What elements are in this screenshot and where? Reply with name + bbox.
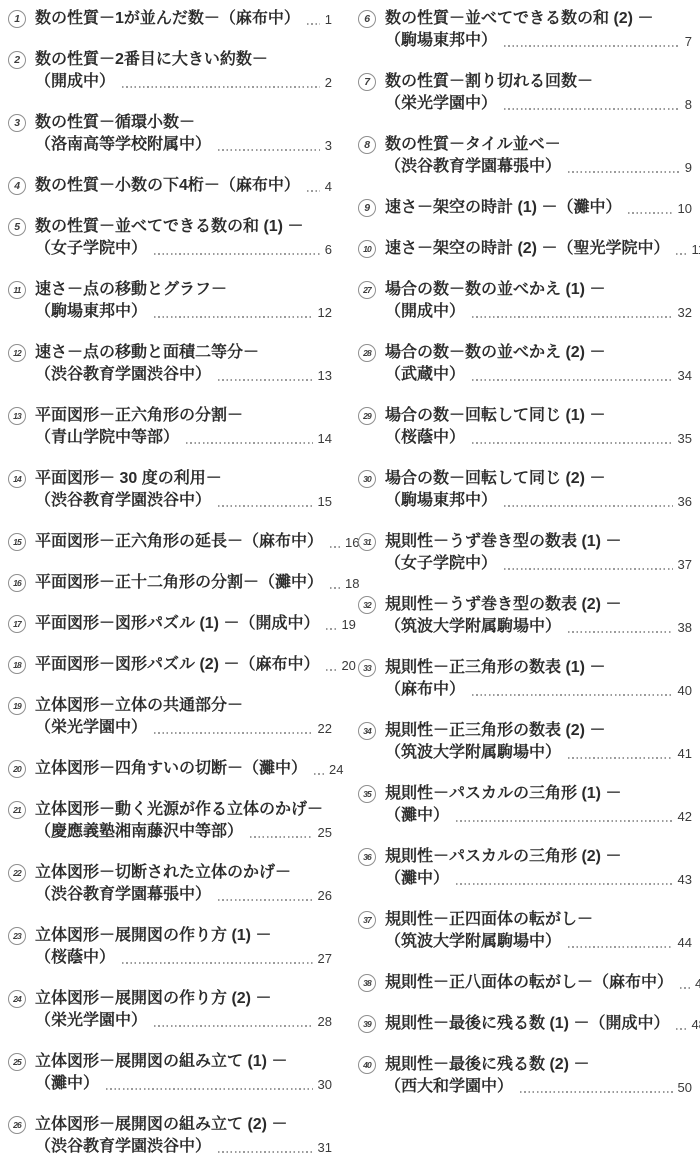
- entry-title: 速さ－架空の時計 (2) －（聖光学院中）: [385, 238, 669, 260]
- entry-school-line: （灘中）43: [385, 868, 692, 890]
- dotted-leader: [504, 45, 680, 47]
- toc-entry: 3 数の性質－循環小数－（洛南高等学校附属中）3: [8, 112, 332, 156]
- entry-number-badge: 4: [8, 177, 26, 195]
- entry-title-line: 数の性質－循環小数－: [35, 112, 332, 134]
- entry-title-line: 規則性－パスカルの三角形 (1) －: [385, 783, 692, 805]
- entry-title: 規則性－うず巻き型の数表 (1) －: [385, 531, 621, 553]
- dotted-leader: [218, 149, 320, 151]
- toc-page: 1 数の性質－1が並んだ数－（麻布中）1 2 数の性質－2番目に大きい約数－（開…: [0, 0, 700, 1176]
- dotted-leader: [106, 1088, 313, 1090]
- entry-number-badge: 32: [358, 596, 376, 614]
- entry-number-badge: 22: [8, 864, 26, 882]
- entry-school: （洛南高等学校附属中）: [35, 134, 211, 156]
- entry-title-line: 規則性－正三角形の数表 (2) －: [385, 720, 692, 742]
- entry-title: 規則性－パスカルの三角形 (2) －: [385, 846, 621, 868]
- dotted-leader: [504, 568, 673, 570]
- entry-school-line: （青山学院中等部）14: [35, 427, 332, 449]
- toc-entry: 11 速さ－点の移動とグラフ－（駒場東邦中）12: [8, 279, 332, 323]
- entry-title: 数の性質－並べてできる数の和 (2) －: [385, 8, 653, 30]
- entry-school-line: （筑波大学附属駒場中）38: [385, 616, 692, 638]
- entry-number-badge: 37: [358, 911, 376, 929]
- entry-school-line: （渋谷教育学園幕張中）26: [35, 884, 332, 906]
- entry-title-line: 速さ－点の移動とグラフ－: [35, 279, 332, 301]
- dotted-leader: [504, 505, 673, 507]
- entry-number-badge: 7: [358, 73, 376, 91]
- entry-school: （渋谷教育学園渋谷中）: [35, 1136, 211, 1158]
- entry-page-number: 22: [318, 718, 332, 739]
- toc-entry: 12 速さ－点の移動と面積二等分－（渋谷教育学園渋谷中）13: [8, 342, 332, 386]
- entry-number-badge: 30: [358, 470, 376, 488]
- toc-entry: 6 数の性質－並べてできる数の和 (2) －（駒場東邦中）7: [358, 8, 692, 52]
- entry-title-line: 速さ－点の移動と面積二等分－: [35, 342, 332, 364]
- entry-number-badge: 39: [358, 1015, 376, 1033]
- entry-page-number: 46: [695, 973, 700, 994]
- entry-number-badge: 2: [8, 51, 26, 69]
- entry-title: 数の性質－小数の下4桁－（麻布中）: [35, 175, 300, 197]
- dotted-leader: [472, 442, 673, 444]
- entry-title: 場合の数－回転して同じ (1) －: [385, 405, 605, 427]
- toc-entry: 34 規則性－正三角形の数表 (2) －（筑波大学附属駒場中）41: [358, 720, 692, 764]
- entry-title: 平面図形－正六角形の分割－: [35, 405, 243, 427]
- toc-entry: 19 立体図形－立体の共通部分－（栄光学園中）22: [8, 695, 332, 739]
- entry-title-line: 場合の数－数の並べかえ (1) －: [385, 279, 692, 301]
- entry-page-number: 44: [678, 932, 692, 953]
- toc-entry: 24 立体図形－展開図の作り方 (2) －（栄光学園中）28: [8, 988, 332, 1032]
- toc-entry: 37 規則性－正四面体の転がし－（筑波大学附属駒場中）44: [358, 909, 692, 953]
- dotted-leader: [456, 883, 673, 885]
- toc-entry: 20 立体図形－四角すいの切断－（灘中）24: [8, 758, 332, 780]
- toc-entry: 18 平面図形－図形パズル (2) －（麻布中）20: [8, 654, 332, 676]
- entry-number-badge: 31: [358, 533, 376, 551]
- entry-school-line: （筑波大学附属駒場中）41: [385, 742, 692, 764]
- entry-school-line: （渋谷教育学園幕張中）9: [385, 156, 692, 178]
- entry-page-number: 20: [341, 655, 355, 676]
- entry-title-line: 数の性質－並べてできる数の和 (1) －: [35, 216, 332, 238]
- entry-title: 立体図形－展開図の作り方 (2) －: [35, 988, 271, 1010]
- entry-page-number: 25: [318, 822, 332, 843]
- entry-title: 規則性－うず巻き型の数表 (2) －: [385, 594, 621, 616]
- entry-title: 立体図形－四角すいの切断－（灘中）: [35, 758, 307, 780]
- dotted-leader: [314, 773, 324, 775]
- toc-entry: 27 場合の数－数の並べかえ (1) －（開成中）32: [358, 279, 692, 323]
- dotted-leader: [568, 946, 673, 948]
- entry-school: （女子学院中）: [35, 238, 147, 260]
- entry-school: （渋谷教育学園幕張中）: [385, 156, 561, 178]
- entry-title: 規則性－正三角形の数表 (2) －: [385, 720, 605, 742]
- dotted-leader: [330, 587, 340, 589]
- entry-school-line: （駒場東邦中）12: [35, 301, 332, 323]
- entry-title: 平面図形－図形パズル (1) －（開成中）: [35, 613, 319, 635]
- entry-number-badge: 23: [8, 927, 26, 945]
- entry-number-badge: 38: [358, 974, 376, 992]
- dotted-leader: [676, 253, 686, 255]
- dotted-leader: [472, 694, 673, 696]
- entry-title: 数の性質－並べてできる数の和 (1) －: [35, 216, 303, 238]
- entry-school: （灘中）: [385, 805, 449, 827]
- entry-title-line: 立体図形－立体の共通部分－: [35, 695, 332, 717]
- entry-school: （筑波大学附属駒場中）: [385, 931, 561, 953]
- entry-school-line: （麻布中）40: [385, 679, 692, 701]
- entry-school: （筑波大学附属駒場中）: [385, 616, 561, 638]
- entry-page-number: 24: [329, 759, 343, 780]
- entry-number-badge: 24: [8, 990, 26, 1008]
- entry-title: 数の性質－タイル並べ－: [385, 134, 561, 156]
- entry-school: （開成中）: [385, 301, 465, 323]
- entry-number-badge: 14: [8, 470, 26, 488]
- toc-entry: 29 場合の数－回転して同じ (1) －（桜蔭中）35: [358, 405, 692, 449]
- entry-title-line: 平面図形－正六角形の延長－（麻布中）16: [35, 531, 332, 553]
- entry-page-number: 28: [318, 1011, 332, 1032]
- entry-school-line: （洛南高等学校附属中）3: [35, 134, 332, 156]
- entry-school: （駒場東邦中）: [35, 301, 147, 323]
- dotted-leader: [250, 836, 313, 838]
- entry-number-badge: 16: [8, 574, 26, 592]
- entry-school: （麻布中）: [385, 679, 465, 701]
- entry-title-line: 平面図形－ 30 度の利用－: [35, 468, 332, 490]
- entry-page-number: 2: [325, 72, 332, 93]
- entry-page-number: 43: [678, 869, 692, 890]
- entry-title-line: 平面図形－図形パズル (2) －（麻布中）20: [35, 654, 332, 676]
- entry-number-badge: 25: [8, 1053, 26, 1071]
- entry-school: （武蔵中）: [385, 364, 465, 386]
- entry-school: （慶應義塾湘南藤沢中等部）: [35, 821, 243, 843]
- entry-page-number: 11: [691, 239, 700, 260]
- entry-title-line: 規則性－最後に残る数 (1) －（開成中）48: [385, 1013, 692, 1035]
- dotted-leader: [186, 442, 313, 444]
- dotted-leader: [307, 23, 320, 25]
- entry-title: 平面図形－正十二角形の分割－（灘中）: [35, 572, 323, 594]
- entry-page-number: 48: [691, 1014, 700, 1035]
- dotted-leader: [154, 316, 313, 318]
- entry-school: （桜蔭中）: [385, 427, 465, 449]
- dotted-leader: [154, 253, 320, 255]
- entry-school: （栄光学園中）: [385, 93, 497, 115]
- entry-title-line: 数の性質－割り切れる回数－: [385, 71, 692, 93]
- entry-page-number: 18: [345, 573, 359, 594]
- toc-entry: 17 平面図形－図形パズル (1) －（開成中）19: [8, 613, 332, 635]
- toc-entry: 35 規則性－パスカルの三角形 (1) －（灘中）42: [358, 783, 692, 827]
- toc-entry: 8 数の性質－タイル並べ－（渋谷教育学園幕張中）9: [358, 134, 692, 178]
- entry-page-number: 9: [685, 157, 692, 178]
- entry-title: 速さ－点の移動と面積二等分－: [35, 342, 259, 364]
- entry-title-line: 場合の数－数の並べかえ (2) －: [385, 342, 692, 364]
- toc-column-right: 6 数の性質－並べてできる数の和 (2) －（駒場東邦中）7 7 数の性質－割り…: [358, 8, 692, 1176]
- entry-number-badge: 6: [358, 10, 376, 28]
- entry-page-number: 26: [318, 885, 332, 906]
- entry-title: 場合の数－回転して同じ (2) －: [385, 468, 605, 490]
- entry-title: 立体図形－展開図の組み立て (2) －: [35, 1114, 287, 1136]
- entry-title: 規則性－正三角形の数表 (1) －: [385, 657, 605, 679]
- entry-title-line: 立体図形－展開図の作り方 (1) －: [35, 925, 332, 947]
- entry-title: 場合の数－数の並べかえ (1) －: [385, 279, 605, 301]
- entry-number-badge: 28: [358, 344, 376, 362]
- dotted-leader: [628, 212, 672, 214]
- entry-school-line: （渋谷教育学園渋谷中）13: [35, 364, 332, 386]
- entry-title-line: 速さ－架空の時計 (2) －（聖光学院中）11: [385, 238, 692, 260]
- entry-title: 規則性－最後に残る数 (2) －: [385, 1054, 589, 1076]
- toc-entry: 31 規則性－うず巻き型の数表 (1) －（女子学院中）37: [358, 531, 692, 575]
- toc-entry: 7 数の性質－割り切れる回数－（栄光学園中）8: [358, 71, 692, 115]
- toc-entry: 23 立体図形－展開図の作り方 (1) －（桜蔭中）27: [8, 925, 332, 969]
- entry-title-line: 規則性－最後に残る数 (2) －: [385, 1054, 692, 1076]
- entry-number-badge: 20: [8, 760, 26, 778]
- dotted-leader: [326, 628, 336, 630]
- entry-title: 数の性質－割り切れる回数－: [385, 71, 593, 93]
- entry-page-number: 7: [685, 31, 692, 52]
- toc-entry: 30 場合の数－回転して同じ (2) －（駒場東邦中）36: [358, 468, 692, 512]
- toc-entry: 15 平面図形－正六角形の延長－（麻布中）16: [8, 531, 332, 553]
- toc-entry: 1 数の性質－1が並んだ数－（麻布中）1: [8, 8, 332, 30]
- entry-title-line: 平面図形－図形パズル (1) －（開成中）19: [35, 613, 332, 635]
- entry-school: （筑波大学附属駒場中）: [385, 742, 561, 764]
- entry-title-line: 立体図形－四角すいの切断－（灘中）24: [35, 758, 332, 780]
- entry-title: 規則性－パスカルの三角形 (1) －: [385, 783, 621, 805]
- entry-title-line: 平面図形－正十二角形の分割－（灘中）18: [35, 572, 332, 594]
- entry-number-badge: 13: [8, 407, 26, 425]
- dotted-leader: [154, 1025, 313, 1027]
- entry-number-badge: 29: [358, 407, 376, 425]
- toc-entry: 5 数の性質－並べてできる数の和 (1) －（女子学院中）6: [8, 216, 332, 260]
- entry-number-badge: 12: [8, 344, 26, 362]
- dotted-leader: [218, 379, 313, 381]
- entry-number-badge: 8: [358, 136, 376, 154]
- entry-school: （渋谷教育学園渋谷中）: [35, 364, 211, 386]
- dotted-leader: [456, 820, 673, 822]
- toc-entry: 36 規則性－パスカルの三角形 (2) －（灘中）43: [358, 846, 692, 890]
- entry-page-number: 6: [325, 239, 332, 260]
- entry-school: （渋谷教育学園幕張中）: [35, 884, 211, 906]
- entry-title-line: 立体図形－動く光源が作る立体のかげ－: [35, 799, 332, 821]
- toc-entry: 4 数の性質－小数の下4桁－（麻布中）4: [8, 175, 332, 197]
- entry-school-line: （開成中）2: [35, 71, 332, 93]
- entry-school: （栄光学園中）: [35, 717, 147, 739]
- dotted-leader: [472, 316, 673, 318]
- entry-page-number: 14: [318, 428, 332, 449]
- entry-title: 立体図形－展開図の組み立て (1) －: [35, 1051, 287, 1073]
- entry-number-badge: 3: [8, 114, 26, 132]
- entry-number-badge: 9: [358, 199, 376, 217]
- entry-title-line: 規則性－うず巻き型の数表 (1) －: [385, 531, 692, 553]
- dotted-leader: [218, 505, 313, 507]
- entry-school: （栄光学園中）: [35, 1010, 147, 1032]
- entry-page-number: 15: [318, 491, 332, 512]
- entry-page-number: 35: [678, 428, 692, 449]
- entry-title: 規則性－正四面体の転がし－: [385, 909, 593, 931]
- entry-page-number: 30: [318, 1074, 332, 1095]
- entry-title-line: 場合の数－回転して同じ (1) －: [385, 405, 692, 427]
- toc-entry: 33 規則性－正三角形の数表 (1) －（麻布中）40: [358, 657, 692, 701]
- entry-page-number: 32: [678, 302, 692, 323]
- entry-title-line: 立体図形－展開図の組み立て (1) －: [35, 1051, 332, 1073]
- entry-page-number: 19: [341, 614, 355, 635]
- toc-column-left: 1 数の性質－1が並んだ数－（麻布中）1 2 数の性質－2番目に大きい約数－（開…: [8, 8, 332, 1176]
- toc-entry: 38 規則性－正八面体の転がし－（麻布中）46: [358, 972, 692, 994]
- toc-entry: 32 規則性－うず巻き型の数表 (2) －（筑波大学附属駒場中）38: [358, 594, 692, 638]
- entry-school: （青山学院中等部）: [35, 427, 179, 449]
- entry-school: （駒場東邦中）: [385, 30, 497, 52]
- entry-title-line: 規則性－正三角形の数表 (1) －: [385, 657, 692, 679]
- dotted-leader: [307, 190, 320, 192]
- entry-page-number: 42: [678, 806, 692, 827]
- entry-title: 数の性質－2番目に大きい約数－: [35, 49, 268, 71]
- entry-school-line: （桜蔭中）27: [35, 947, 332, 969]
- entry-title: 立体図形－立体の共通部分－: [35, 695, 243, 717]
- dotted-leader: [680, 987, 690, 989]
- entry-school-line: （栄光学園中）22: [35, 717, 332, 739]
- entry-title-line: 立体図形－展開図の組み立て (2) －: [35, 1114, 332, 1136]
- entry-page-number: 36: [678, 491, 692, 512]
- entry-school-line: （駒場東邦中）36: [385, 490, 692, 512]
- entry-school: （灘中）: [35, 1073, 99, 1095]
- entry-title-line: 数の性質－タイル並べ－: [385, 134, 692, 156]
- entry-page-number: 37: [678, 554, 692, 575]
- entry-title: 数の性質－1が並んだ数－（麻布中）: [35, 8, 300, 30]
- dotted-leader: [218, 1151, 313, 1153]
- entry-number-badge: 19: [8, 697, 26, 715]
- entry-school-line: （渋谷教育学園渋谷中）15: [35, 490, 332, 512]
- entry-page-number: 41: [678, 743, 692, 764]
- entry-title: 立体図形－動く光源が作る立体のかげ－: [35, 799, 323, 821]
- dotted-leader: [122, 86, 320, 88]
- entry-number-badge: 18: [8, 656, 26, 674]
- entry-school-line: （栄光学園中）28: [35, 1010, 332, 1032]
- entry-title-line: 平面図形－正六角形の分割－: [35, 405, 332, 427]
- entry-number-badge: 15: [8, 533, 26, 551]
- entry-title: 平面図形－図形パズル (2) －（麻布中）: [35, 654, 319, 676]
- toc-entry: 28 場合の数－数の並べかえ (2) －（武蔵中）34: [358, 342, 692, 386]
- entry-title-line: 場合の数－回転して同じ (2) －: [385, 468, 692, 490]
- entry-school-line: （渋谷教育学園渋谷中）31: [35, 1136, 332, 1158]
- entry-title-line: 立体図形－切断された立体のかげ－: [35, 862, 332, 884]
- toc-entry: 25 立体図形－展開図の組み立て (1) －（灘中）30: [8, 1051, 332, 1095]
- entry-number-badge: 1: [8, 10, 26, 28]
- entry-number-badge: 40: [358, 1056, 376, 1074]
- entry-number-badge: 10: [358, 240, 376, 258]
- dotted-leader: [520, 1091, 673, 1093]
- toc-entry: 16 平面図形－正十二角形の分割－（灘中）18: [8, 572, 332, 594]
- dotted-leader: [330, 546, 340, 548]
- toc-entry: 2 数の性質－2番目に大きい約数－（開成中）2: [8, 49, 332, 93]
- entry-title: 数の性質－循環小数－: [35, 112, 195, 134]
- entry-school-line: （灘中）42: [385, 805, 692, 827]
- dotted-leader: [504, 108, 680, 110]
- entry-title-line: 立体図形－展開図の作り方 (2) －: [35, 988, 332, 1010]
- entry-school: （西大和学園中）: [385, 1076, 513, 1098]
- entry-title-line: 速さ－架空の時計 (1) －（灘中）10: [385, 197, 692, 219]
- entry-number-badge: 21: [8, 801, 26, 819]
- entry-title-line: 数の性質－1が並んだ数－（麻布中）1: [35, 8, 332, 30]
- entry-title: 立体図形－展開図の作り方 (1) －: [35, 925, 271, 947]
- toc-entry: 21 立体図形－動く光源が作る立体のかげ－（慶應義塾湘南藤沢中等部）25: [8, 799, 332, 843]
- toc-entry: 26 立体図形－展開図の組み立て (2) －（渋谷教育学園渋谷中）31: [8, 1114, 332, 1158]
- entry-title: 立体図形－切断された立体のかげ－: [35, 862, 291, 884]
- toc-entry: 39 規則性－最後に残る数 (1) －（開成中）48: [358, 1013, 692, 1035]
- entry-school: （桜蔭中）: [35, 947, 115, 969]
- entry-number-badge: 26: [8, 1116, 26, 1134]
- entry-title: 規則性－最後に残る数 (1) －（開成中）: [385, 1013, 669, 1035]
- entry-number-badge: 5: [8, 218, 26, 236]
- entry-number-badge: 17: [8, 615, 26, 633]
- dotted-leader: [568, 631, 673, 633]
- entry-school-line: （桜蔭中）35: [385, 427, 692, 449]
- entry-page-number: 40: [678, 680, 692, 701]
- entry-number-badge: 27: [358, 281, 376, 299]
- toc-entry: 22 立体図形－切断された立体のかげ－（渋谷教育学園幕張中）26: [8, 862, 332, 906]
- entry-title-line: 規則性－パスカルの三角形 (2) －: [385, 846, 692, 868]
- entry-school-line: （栄光学園中）8: [385, 93, 692, 115]
- entry-title-line: 数の性質－並べてできる数の和 (2) －: [385, 8, 692, 30]
- dotted-leader: [218, 899, 313, 901]
- entry-school: （灘中）: [385, 868, 449, 890]
- entry-school-line: （慶應義塾湘南藤沢中等部）25: [35, 821, 332, 843]
- entry-number-badge: 11: [8, 281, 26, 299]
- entry-title: 平面図形－正六角形の延長－（麻布中）: [35, 531, 323, 553]
- entry-number-badge: 35: [358, 785, 376, 803]
- dotted-leader: [568, 171, 680, 173]
- dotted-leader: [472, 379, 673, 381]
- entry-school-line: （灘中）30: [35, 1073, 332, 1095]
- toc-entry: 13 平面図形－正六角形の分割－（青山学院中等部）14: [8, 405, 332, 449]
- entry-title: 場合の数－数の並べかえ (2) －: [385, 342, 605, 364]
- entry-school-line: （武蔵中）34: [385, 364, 692, 386]
- entry-school: （女子学院中）: [385, 553, 497, 575]
- entry-number-badge: 36: [358, 848, 376, 866]
- entry-school-line: （女子学院中）6: [35, 238, 332, 260]
- entry-school: （渋谷教育学園渋谷中）: [35, 490, 211, 512]
- dotted-leader: [122, 962, 313, 964]
- entry-title-line: 規則性－うず巻き型の数表 (2) －: [385, 594, 692, 616]
- entry-school: （開成中）: [35, 71, 115, 93]
- entry-title: 平面図形－ 30 度の利用－: [35, 468, 222, 490]
- entry-page-number: 1: [325, 9, 332, 30]
- entry-title-line: 規則性－正八面体の転がし－（麻布中）46: [385, 972, 692, 994]
- entry-page-number: 12: [318, 302, 332, 323]
- entry-title-line: 数の性質－2番目に大きい約数－: [35, 49, 332, 71]
- dotted-leader: [326, 669, 336, 671]
- entry-school-line: （駒場東邦中）7: [385, 30, 692, 52]
- entry-page-number: 50: [678, 1077, 692, 1098]
- entry-school-line: （西大和学園中）50: [385, 1076, 692, 1098]
- toc-entry: 14 平面図形－ 30 度の利用－（渋谷教育学園渋谷中）15: [8, 468, 332, 512]
- entry-page-number: 3: [325, 135, 332, 156]
- entry-page-number: 38: [678, 617, 692, 638]
- entry-school-line: （開成中）32: [385, 301, 692, 323]
- entry-title-line: 規則性－正四面体の転がし－: [385, 909, 692, 931]
- entry-page-number: 4: [325, 176, 332, 197]
- entry-page-number: 13: [318, 365, 332, 386]
- entry-title-line: 数の性質－小数の下4桁－（麻布中）4: [35, 175, 332, 197]
- entry-page-number: 27: [318, 948, 332, 969]
- entry-number-badge: 34: [358, 722, 376, 740]
- entry-title: 速さ－架空の時計 (1) －（灘中）: [385, 197, 621, 219]
- entry-title: 速さ－点の移動とグラフ－: [35, 279, 227, 301]
- toc-entry: 9 速さ－架空の時計 (1) －（灘中）10: [358, 197, 692, 219]
- entry-page-number: 8: [685, 94, 692, 115]
- entry-school-line: （女子学院中）37: [385, 553, 692, 575]
- entry-title: 規則性－正八面体の転がし－（麻布中）: [385, 972, 673, 994]
- entry-school-line: （筑波大学附属駒場中）44: [385, 931, 692, 953]
- dotted-leader: [568, 757, 673, 759]
- entry-page-number: 10: [678, 198, 692, 219]
- entry-number-badge: 33: [358, 659, 376, 677]
- dotted-leader: [154, 732, 313, 734]
- toc-entry: 40 規則性－最後に残る数 (2) －（西大和学園中）50: [358, 1054, 692, 1098]
- dotted-leader: [676, 1028, 686, 1030]
- toc-entry: 10 速さ－架空の時計 (2) －（聖光学院中）11: [358, 238, 692, 260]
- entry-page-number: 31: [318, 1137, 332, 1158]
- entry-school: （駒場東邦中）: [385, 490, 497, 512]
- entry-page-number: 34: [678, 365, 692, 386]
